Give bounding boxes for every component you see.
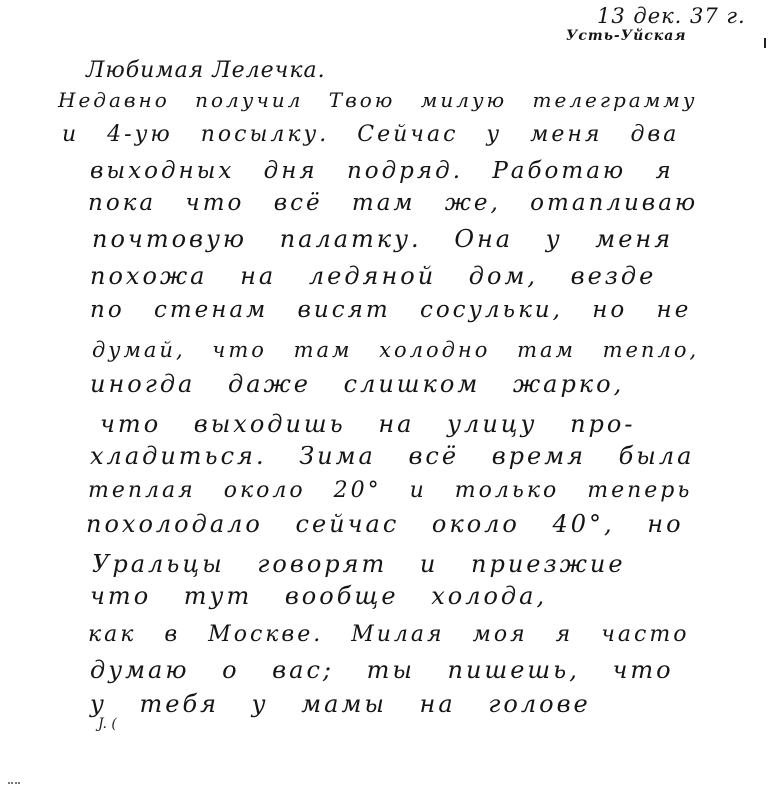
margin-mark [764, 38, 766, 48]
letter-line: Недавно получил Твою милую телеграмму [58, 88, 697, 112]
letter-line: хладиться. Зима всё время была [90, 442, 694, 470]
letter-line: и 4-ую посылку. Сейчас у меня два [62, 122, 679, 147]
letter-line: иногда даже слишком жарко, [90, 370, 624, 398]
scan-artifact [8, 782, 20, 786]
letter-line: думаю о вас; ты пишешь, что [90, 656, 674, 684]
footer-mark: J. ( [98, 716, 117, 732]
letter-line: думай, что там холодно там тепло, [92, 338, 699, 362]
letter-line: что тут вообще холода, [90, 582, 547, 610]
letter-date: 13 дек. 37 г. [597, 4, 746, 28]
letter-line: по стенам висят сосульки, но не [90, 297, 691, 323]
letter-line: теплая около 20° и только теперь [88, 478, 692, 503]
letter-line: Уральцы говорят и приезжие [92, 550, 626, 578]
letter-line: у тебя у мамы на голове [90, 690, 591, 718]
letter-page: 13 дек. 37 г. Усть-Уйская Любимая Лелечк… [0, 0, 771, 787]
letter-line: что выходишь на улицу про- [100, 410, 635, 438]
letter-line: похолодало сейчас около 40°, но [86, 510, 684, 538]
letter-line: как в Москве. Милая моя я часто [88, 622, 689, 647]
letter-line: похожа на ледяной дом, везде [90, 262, 656, 290]
letter-place: Усть-Уйская [566, 28, 687, 44]
letter-line: выходных дня подряд. Работаю я [90, 158, 674, 184]
letter-line: пока что всё там же, отапливаю [88, 190, 698, 216]
letter-line: почтовую палатку. Она у меня [92, 225, 673, 253]
letter-greeting: Любимая Лелечка. [86, 58, 326, 83]
